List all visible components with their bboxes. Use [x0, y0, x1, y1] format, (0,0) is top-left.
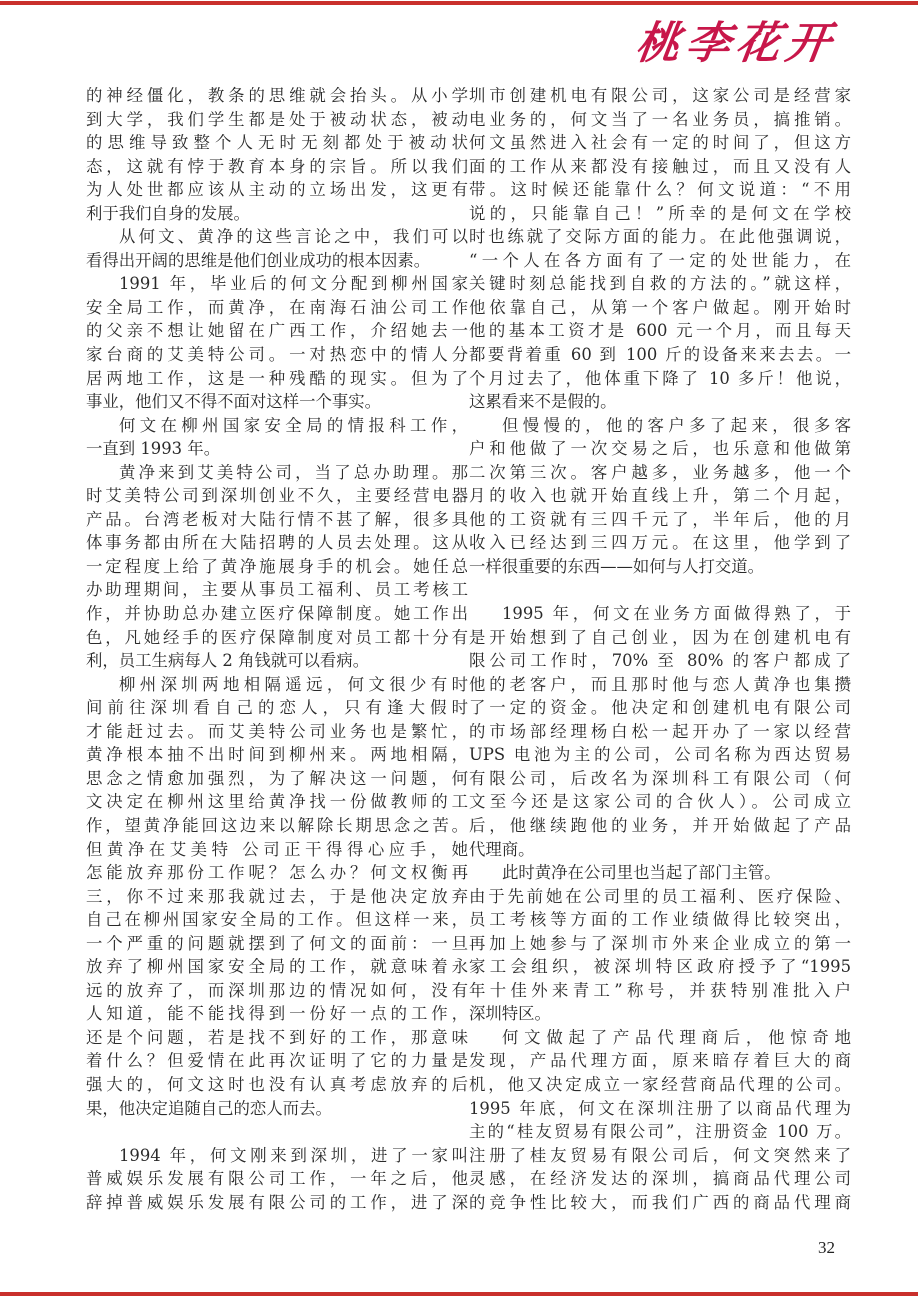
- text-line: 何文在柳州国家安全局的情报科工作，: [86, 414, 468, 438]
- text-line: 员工考核等方面的工作业绩做得比较突出，: [469, 908, 851, 932]
- text-line: 作，并协助总办建立医疗保障制度。她工作出: [86, 602, 468, 626]
- text-line: 柳州深圳两地相隔遥远，何文很少有时: [86, 673, 468, 697]
- text-line: 年十佳外来青工”称号，并获特别准批入户: [469, 979, 851, 1003]
- text-line: 思念之情愈加强烈，为了解决这一问题，何: [86, 767, 468, 791]
- top-rule: [0, 1, 918, 5]
- text-line: 到大学，我们学生都是处于被动状态，被动: [86, 108, 468, 132]
- text-line: 看得出开阔的思维是他们创业成功的根本因素。: [86, 249, 468, 273]
- text-line: 二次第三次。客户越多，业务越多，他一个: [469, 461, 851, 485]
- text-line: 有限公司，后改名为深圳科工有限公司（何: [469, 767, 851, 791]
- text-line: 文至今还是这家公司的合伙人）。公司成立: [469, 790, 851, 814]
- text-line: 黄净来到艾美特公司，当了总办助理。那: [86, 461, 468, 485]
- text-line: 作，望黄净能回这边来以解除长期思念之苦。: [86, 814, 468, 838]
- text-line: 面的工作从来都没有接触过，而且又没有人: [469, 155, 851, 179]
- text-line: 深圳特区。: [469, 1002, 851, 1026]
- text-line: 时也练就了交际方面的能力。在此他强调说，: [469, 225, 851, 249]
- text-line: 果，他决定追随自己的恋人而去。: [86, 1097, 468, 1121]
- paragraph-spacer: [86, 1120, 468, 1144]
- text-line: 利，员工生病每人 2 角钱就可以看病。: [86, 649, 468, 673]
- text-line: 电业务的，何文当了一名业务员，搞推销。: [469, 108, 851, 132]
- text-line: 一直到 1993 年。: [86, 437, 468, 461]
- text-line: 放弃了柳州国家安全局的工作，就意味着永: [86, 955, 468, 979]
- text-line: 三，你不过来那我就过去，于是他决定放弃: [86, 885, 468, 909]
- text-line: 注册了桂友贸易有限公司后，何文突然来了: [469, 1144, 851, 1168]
- text-line: 再加上她参与了深圳市外来企业成立的第一: [469, 932, 851, 956]
- text-line: 何文虽然进入社会有一定的时间了，但这方: [469, 131, 851, 155]
- bottom-rule: [0, 1292, 918, 1296]
- text-line: 他的基本工资才是 600 元一个月，而且每天: [469, 319, 851, 343]
- text-line: 着什么？但爱情在此再次证明了它的力量是: [86, 1049, 468, 1073]
- text-line: 他的老客户，而且那时他与恋人黄净也集攒: [469, 673, 851, 697]
- text-line: 产品。台湾老板对大陆行情不甚了解，很多具: [86, 508, 468, 532]
- text-line: 个月过去了，他体重下降了 10 多斤！他说，: [469, 367, 851, 391]
- text-line: 圳市创建机电有限公司，这家公司是经营家: [469, 84, 851, 108]
- text-line: 关键时刻总能找到自救的方法的。”就这样，: [469, 272, 851, 296]
- text-line: 才能赶过去。而艾美特公司业务也是繁忙，: [86, 720, 468, 744]
- text-line: 一样很重要的东西——如何与人打交道。: [469, 555, 851, 579]
- text-line: 主的“桂友贸易有限公司”，注册资金 100 万。: [469, 1120, 851, 1144]
- text-line: 一个严重的问题就摆到了何文的面前：一旦: [86, 932, 468, 956]
- text-line: 辞掉普威娱乐发展有限公司的工作，进了深: [86, 1191, 468, 1215]
- paragraph-spacer: [469, 578, 851, 602]
- text-line: 户和他做了一次交易之后，也乐意和他做第: [469, 437, 851, 461]
- text-line: 远的放弃了，而深圳那边的情况如何，没有: [86, 979, 468, 1003]
- text-line: 带。这时候还能靠什么？何文说道：“不用: [469, 178, 851, 202]
- text-line: 态，这就有悖于教育本身的宗旨。所以我们: [86, 155, 468, 179]
- text-line: 间前往深圳看自己的恋人，只有逢大假时: [86, 696, 468, 720]
- text-line: 人知道，能不能找得到一份好一点的工作，: [86, 1002, 468, 1026]
- text-line: 收入已经达到三四万元。在这里，他学到了: [469, 531, 851, 555]
- text-line: 还是个问题，若是找不到好的工作，那意味: [86, 1026, 468, 1050]
- text-line: 体事务都由所在大陆招聘的人员去处理。这从: [86, 531, 468, 555]
- text-line: 月的收入也就开始直线上升，第二个月起，: [469, 484, 851, 508]
- text-line: 的竞争性比较大，而我们广西的商品代理商: [469, 1191, 851, 1215]
- text-line: 事业，他们又不得不面对这样一个事实。: [86, 390, 468, 414]
- text-line: 色，凡她经手的医疗保障制度对员工都十分有: [86, 626, 468, 650]
- text-line: 怎能放弃那份工作呢？怎么办？何文权衡再: [86, 861, 468, 885]
- text-line: 后，他继续跑他的业务，并开始做起了产品: [469, 814, 851, 838]
- text-line: 由于先前她在公司里的员工福利、医疗保险、: [469, 885, 851, 909]
- text-line: 的思维导致整个人无时无刻都处于被动状: [86, 131, 468, 155]
- text-line: 这累看来不是假的。: [469, 390, 851, 414]
- text-line: 限公司工作时，70% 至 80% 的客户都成了: [469, 649, 851, 673]
- text-line: 何文做起了产品代理商后，他惊奇地: [469, 1026, 851, 1050]
- right-column: 圳市创建机电有限公司，这家公司是经营家电业务的，何文当了一名业务员，搞推销。何文…: [469, 84, 851, 1214]
- text-line: 发现，产品代理方面，原来暗存着巨大的商: [469, 1049, 851, 1073]
- text-line: 1995 年底，何文在深圳注册了以商品代理为: [469, 1097, 851, 1121]
- text-line: 此时黄净在公司里也当起了部门主管。: [469, 861, 851, 885]
- text-line: 但黄净在艾美特 公司正干得得心应手，她: [86, 838, 468, 862]
- text-line: 的神经僵化，教条的思维就会抬头。从小学: [86, 84, 468, 108]
- text-line: 利于我们自身的发展。: [86, 202, 468, 226]
- text-line: 家工会组织，被深圳特区政府授予了“1995: [469, 955, 851, 979]
- text-line: UPS 电池为主的公司，公司名称为西达贸易: [469, 743, 851, 767]
- text-line: 普威娱乐发展有限公司工作，一年之后，他: [86, 1167, 468, 1191]
- text-line: 黄净根本抽不出时间到柳州来。两地相隔，: [86, 743, 468, 767]
- text-line: 居两地工作，这是一种残酷的现实。但为了: [86, 367, 468, 391]
- text-line: 为人处世都应该从主动的立场出发，这更有: [86, 178, 468, 202]
- text-line: 的父亲不想让她留在广西工作，介绍她去一: [86, 319, 468, 343]
- text-line: 文决定在柳州这里给黄净找一份做教师的工: [86, 790, 468, 814]
- text-line: 的市场部经理杨白松一起开办了一家以经营: [469, 720, 851, 744]
- text-line: 是开始想到了自己创业，因为在创建机电有: [469, 626, 851, 650]
- text-line: 时艾美特公司到深圳创业不久，主要经营电器: [86, 484, 468, 508]
- text-line: 灵感，在经济发达的深圳，搞商品代理公司: [469, 1167, 851, 1191]
- text-line: 机，他又决定成立一家经营商品代理的公司。: [469, 1073, 851, 1097]
- text-line: 家台商的艾美特公司。一对热恋中的情人分: [86, 343, 468, 367]
- text-line: 了一定的资金。他决定和创建机电有限公司: [469, 696, 851, 720]
- left-column: 的神经僵化，教条的思维就会抬头。从小学到大学，我们学生都是处于被动状态，被动的思…: [86, 84, 468, 1214]
- text-line: 1991 年，毕业后的何文分配到柳州国家: [86, 272, 468, 296]
- text-line: 代理商。: [469, 838, 851, 862]
- text-line: 强大的，何文这时也没有认真考虑放弃的后: [86, 1073, 468, 1097]
- text-line: 但慢慢的，他的客户多了起来，很多客: [469, 414, 851, 438]
- text-line: 说的，只能靠自己！”所幸的是何文在学校: [469, 202, 851, 226]
- text-line: 自己在柳州国家安全局的工作。但这样一来，: [86, 908, 468, 932]
- text-line: 1995 年，何文在业务方面做得熟了，于: [469, 602, 851, 626]
- text-line: 办助理期间，主要从事员工福利、员工考核工: [86, 578, 468, 602]
- text-line: 他依靠自己，从第一个客户做起。刚开始时: [469, 296, 851, 320]
- text-line: 从何文、黄净的这些言论之中，我们可以: [86, 225, 468, 249]
- masthead-title: 桃李花开: [632, 16, 860, 72]
- text-line: 1994 年，何文刚来到深圳，进了一家叫: [86, 1144, 468, 1168]
- text-line: 都要背着重 60 到 100 斤的设备来来去去。一: [469, 343, 851, 367]
- text-line: 他的工资就有三四千元了，半年后，他的月: [469, 508, 851, 532]
- text-line: 一定程度上给了黄净施展身手的机会。她任总: [86, 555, 468, 579]
- page-number: 32: [818, 1238, 835, 1258]
- text-line: 安全局工作，而黄净，在南海石油公司工作: [86, 296, 468, 320]
- text-line: “一个人在各方面有了一定的处世能力，在: [469, 249, 851, 273]
